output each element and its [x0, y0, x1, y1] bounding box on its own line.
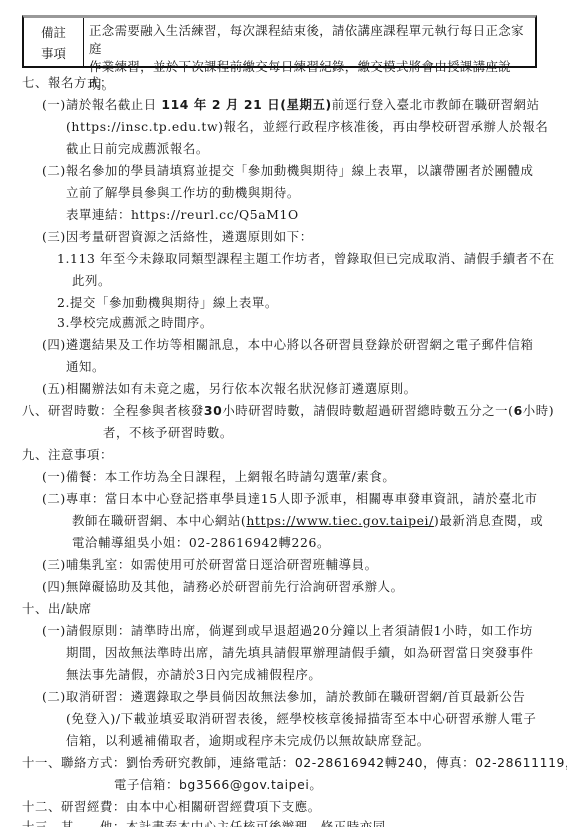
- sec9-item4: (四)無障礙協助及其他，請務必於研習前先行洽詢研習承辦人。: [42, 577, 404, 595]
- remarks-table: 備註 事項 正念需要融入生活練習，每次課程結束後，請依講座課程單元執行每日正念家…: [22, 15, 537, 68]
- tiec-website-link[interactable]: https://www.tiec.gov.taipei/: [246, 513, 434, 528]
- sec7-item3-sub3: 3.學校完成薦派之時間序。: [57, 313, 213, 331]
- deadline-date: 114 年 2 月 21 日(星期五): [161, 97, 331, 112]
- sec10-item2-line3: 信箱，以利遞補備取者，逾期或程序未完成仍以無故缺席登記。: [66, 731, 430, 749]
- section-9-title: 九、注意事項：: [22, 445, 113, 463]
- text: 十一、聯絡方式：劉怡秀研究教師，連絡電話：: [22, 755, 295, 770]
- sec7-item2-line2: 立前了解學員參與工作坊的動機與期待。: [66, 183, 300, 201]
- section-8-line2: 者，不核予研習時數。: [103, 423, 233, 441]
- sec10-item2-line1: (二)取消研習：遴選錄取之學員倘因故無法參加，請於教師在職研習網/首頁最新公告: [42, 687, 525, 705]
- fax-number: 02-28611119: [475, 755, 565, 770]
- leave-hours-value: 6: [514, 403, 523, 418]
- sec9-item3: (三)哺集乳室：如需使用可於研習當日逕洽研習班輔導員。: [42, 555, 378, 573]
- sec7-item1-line1: (一)請於報名截止日 114 年 2 月 21 日(星期五)前逕行登入臺北市教師…: [42, 95, 540, 113]
- remarks-body-cell: 正念需要融入生活練習，每次課程結束後，請依講座課程單元執行每日正念家庭 作業練習…: [84, 18, 535, 66]
- sec9-item2-line1: (二)專車：當日本中心登記搭車學員達15人即予派車，相關專車發車資訊，請於臺北市: [42, 489, 538, 507]
- remarks-label-line1: 備註: [41, 23, 66, 41]
- text: 電子信箱：: [114, 777, 179, 792]
- phone-extension: 240: [398, 755, 423, 770]
- section-11-line2: 電子信箱：bg3566@gov.taipei。: [114, 775, 322, 793]
- section-8-line1: 八、研習時數：全程參與者核發30小時研習時數，請假時數超過研習總時數五分之一(6…: [22, 401, 554, 419]
- sec7-item3-sub1-line1: 1.113 年至今未錄取同類型課程主題工作坊者，曾錄取但已完成取消、請假手續者不…: [57, 249, 555, 267]
- sec10-item1-line3: 無法事先請假，亦請於3日內完成補假程序。: [66, 665, 321, 683]
- sec7-item1-line3: 截止日前完成薦派報名。: [66, 139, 209, 157]
- sec7-item3-sub1-line2: 此列。: [72, 271, 111, 289]
- email-address[interactable]: bg3566@gov.taipei: [179, 777, 309, 792]
- remarks-body-line1: 正念需要融入生活練習，每次課程結束後，請依講座課程單元執行每日正念家庭: [89, 21, 535, 57]
- sec10-item1-line1: (一)請假原則：請準時出席，倘遲到或早退超過20分鐘以上者須請假1小時，如工作坊: [42, 621, 533, 639]
- section-12: 十二、研習經費：由本中心相關研習經費項下支應。: [22, 797, 321, 815]
- sec9-item1: (一)備餐：本工作坊為全日課程，上網報名時請勾選葷/素食。: [42, 467, 395, 485]
- hours-value: 30: [204, 403, 222, 418]
- sec9-item2-line2: 教師在職研習網、本中心網站(https://www.tiec.gov.taipe…: [72, 511, 543, 529]
- form-link[interactable]: 表單連結：https://reurl.cc/Q5aM1O: [66, 205, 299, 223]
- sec9-item2-line3: 電洽輔導組吳小姐：02-28616942轉226。: [72, 533, 330, 551]
- text: 小時研習時數，請假時數超過研習總時數五分之一(: [222, 403, 513, 418]
- sec10-item1-line2: 期間，因故無法準時出席，請先填具請假單辦理請假手續，如為研習當日突發事件: [66, 643, 534, 661]
- text: )最新消息查閱，或: [434, 513, 543, 528]
- remarks-body-line2: 作業練習，並於下次課程前繳交每日練習紀錄，繳交模式將會由授課講座說明。: [89, 57, 535, 93]
- sec7-item4-line2: 通知。: [66, 357, 105, 375]
- sec7-item2-line1: (二)報名參加的學員請填寫並提交「參加動機與期待」線上表單，以讓帶團者於團體成: [42, 161, 534, 179]
- sec7-item5: (五)相關辦法如有未竟之處，另行依本次報名狀況修訂遴選原則。: [42, 379, 417, 397]
- text: 教師在職研習網、本中心網站(: [72, 513, 246, 528]
- section-7-title: 七、報名方式：: [22, 73, 113, 91]
- sec7-item4-line1: (四)遴選結果及工作坊等相關訊息，本中心將以各研習員登錄於研習網之電子郵件信箱: [42, 335, 534, 353]
- sec10-item2-line2: (免登入)/下載並填妥取消研習表後，經學校核章後掃描寄至本中心研習承辦人電子: [66, 709, 536, 727]
- sec7-item3-line1: (三)因考量研習資源之活絡性，遴選原則如下：: [42, 227, 313, 245]
- text: ，傳真：: [423, 755, 475, 770]
- text: 小時): [523, 403, 554, 418]
- text: (一)請於報名截止日: [42, 97, 161, 112]
- section-11-line1: 十一、聯絡方式：劉怡秀研究教師，連絡電話：02-28616942轉240，傳真：…: [22, 753, 567, 771]
- section-13: 十三、其 他：本計畫奉本中心主任核可後辦理，修正時亦同。: [22, 817, 399, 827]
- sec7-item1-line2: (https://insc.tp.edu.tw)報名，並經行政程序核准後，再由學…: [66, 117, 548, 135]
- section-10-title: 十、出/缺席: [22, 599, 92, 617]
- remarks-label-cell: 備註 事項: [24, 18, 84, 66]
- remarks-label-line2: 事項: [41, 44, 66, 62]
- text: 。: [309, 777, 322, 792]
- phone-number: 02-28616942: [295, 755, 385, 770]
- sec7-item3-sub2: 2.提交「參加動機與期待」線上表單。: [57, 293, 278, 311]
- text: 八、研習時數：全程參與者核發: [22, 403, 204, 418]
- text: 轉: [385, 755, 398, 770]
- text: 前逕行登入臺北市教師在職研習網站: [332, 97, 540, 112]
